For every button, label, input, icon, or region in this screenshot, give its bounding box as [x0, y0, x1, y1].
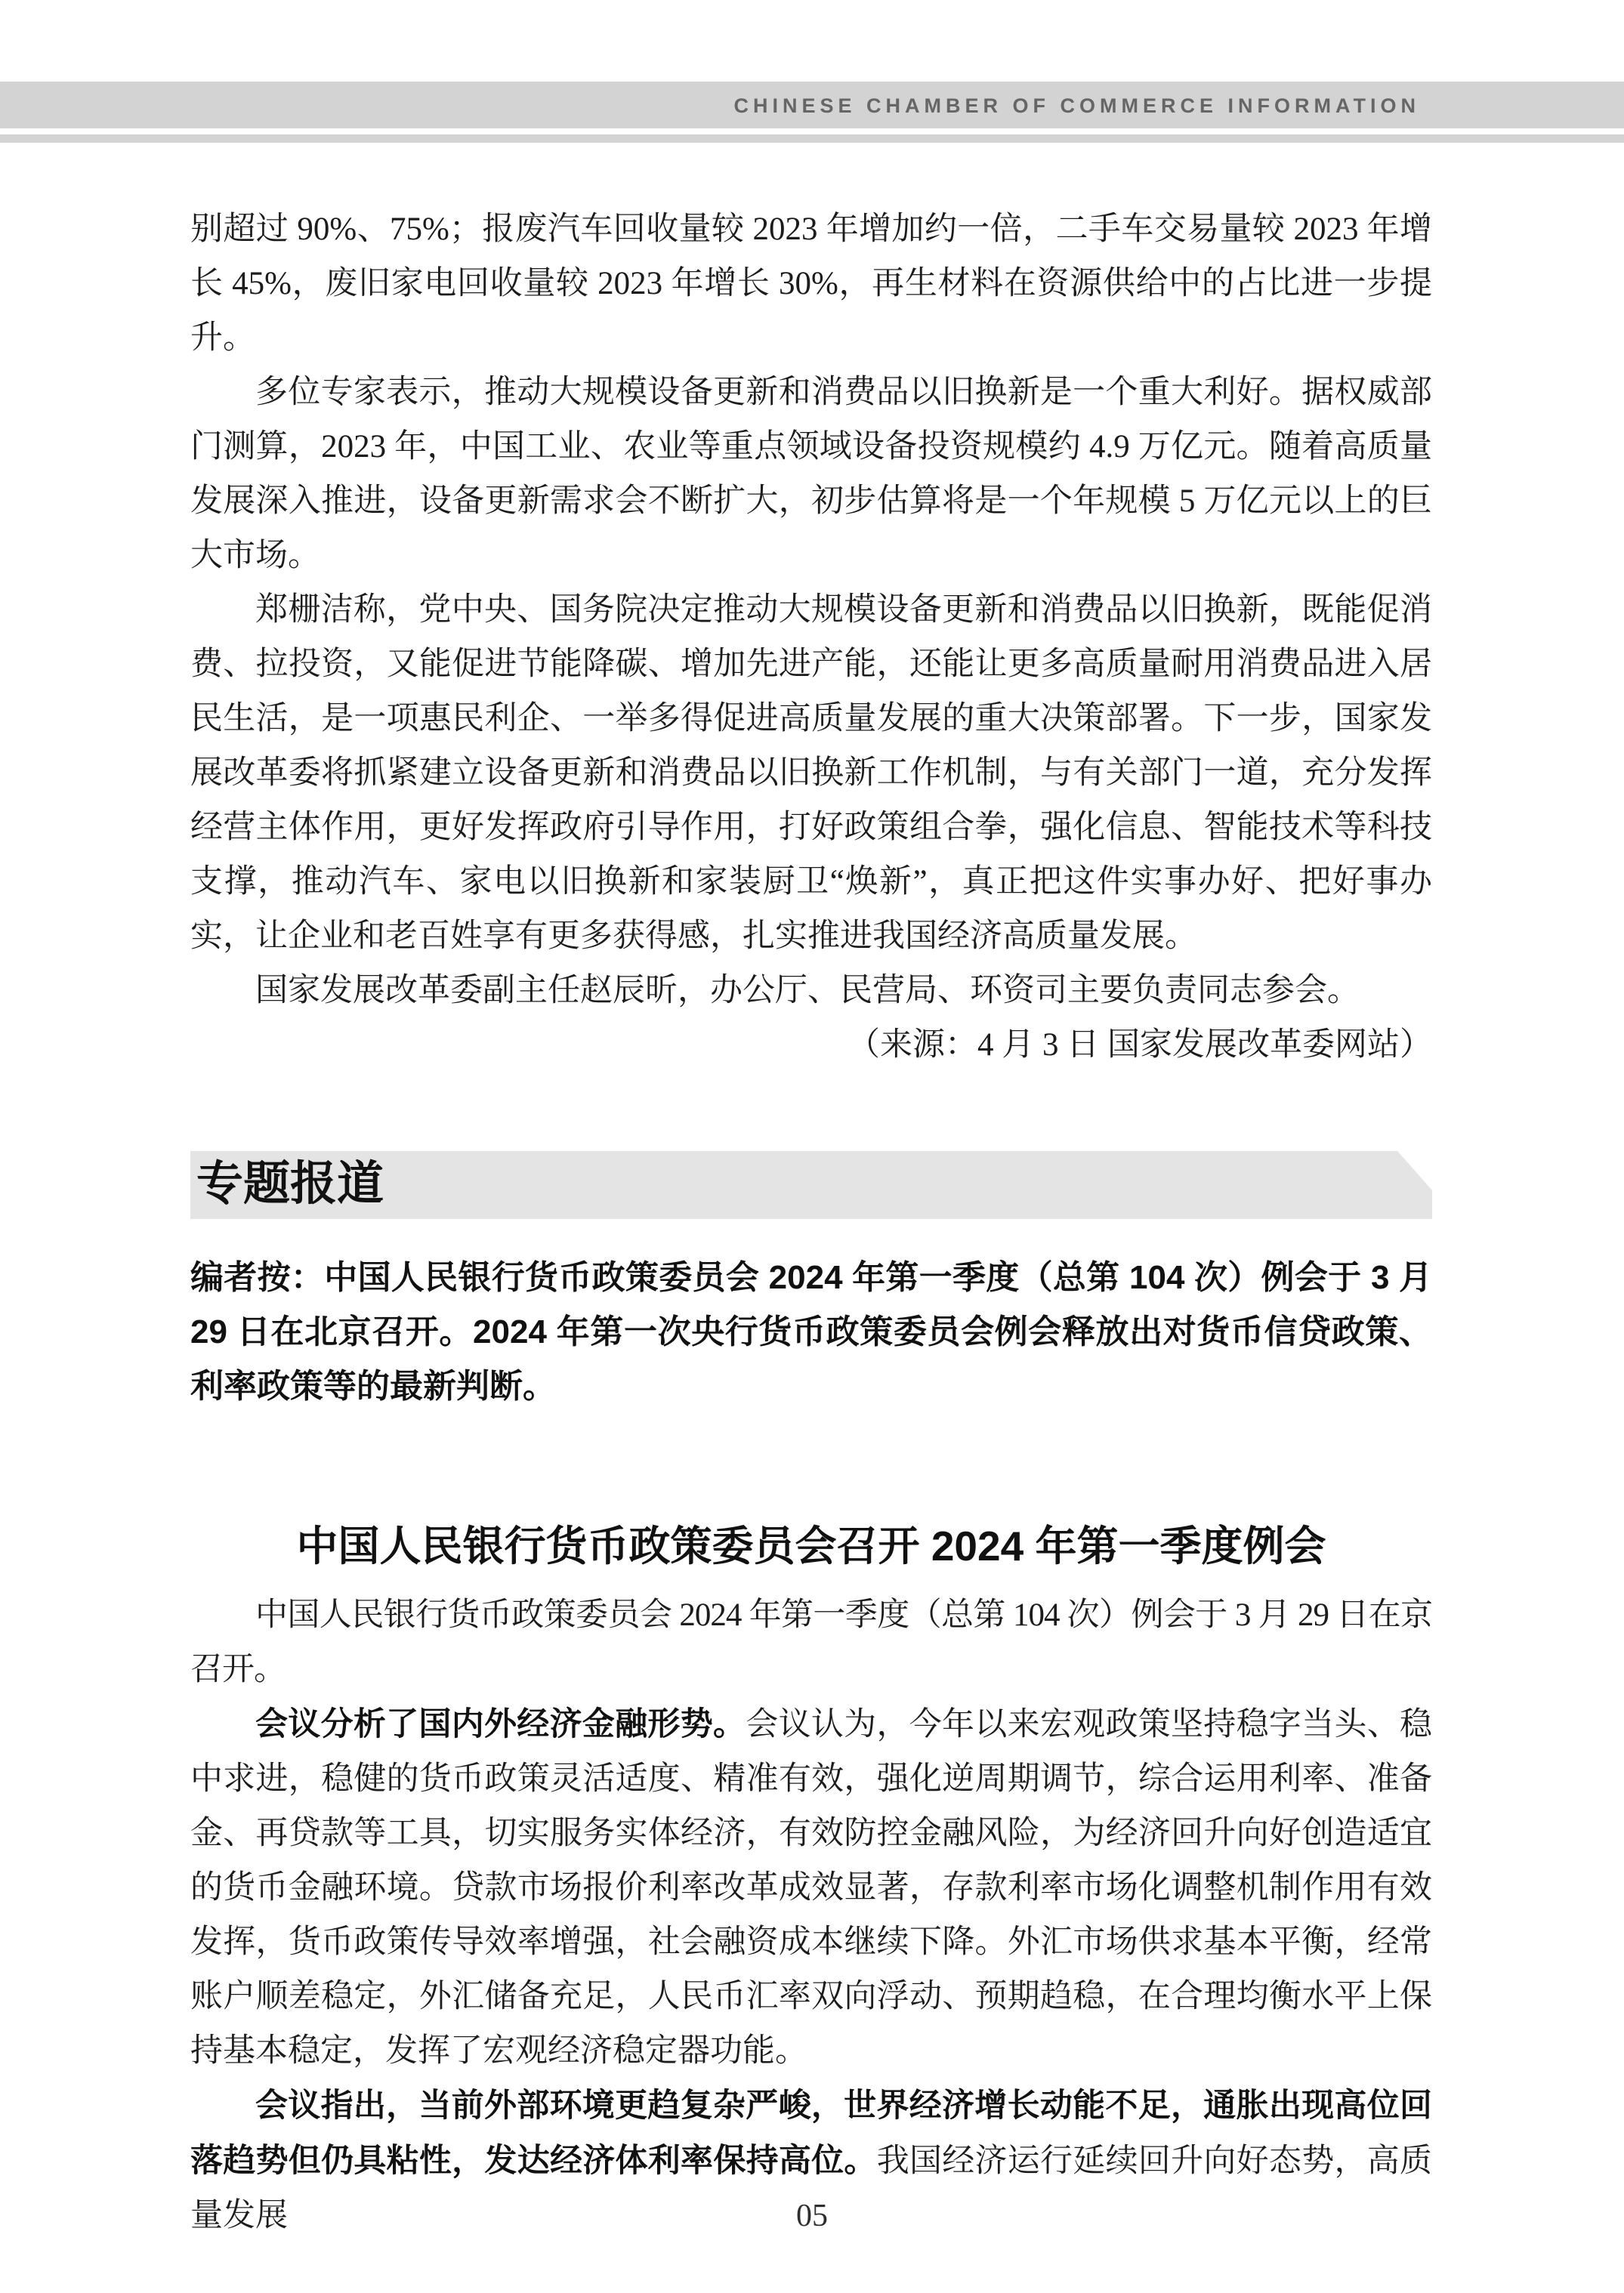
- news-paragraph-continuation: 别超过 90%、75%；报废汽车回收量较 2023 年增加约一倍，二手车交易量较…: [190, 202, 1432, 366]
- article-paragraph: 会议分析了国内外经济金融形势。会议认为，今年以来宏观政策坚持稳字当头、稳中求进，…: [190, 1697, 1432, 2079]
- article-paragraph: 中国人民银行货币政策委员会 2024 年第一季度（总第 104 次）例会于 3 …: [190, 1588, 1432, 1697]
- content-column: 别超过 90%、75%；报废汽车回收量较 2023 年增加约一倍，二手车交易量较…: [190, 0, 1432, 2243]
- article-paragraph-text: 会议认为，今年以来宏观政策坚持稳字当头、稳中求进，稳健的货币政策灵活适度、精准有…: [190, 1707, 1432, 2069]
- editor-note: 编者按：中国人民银行货币政策委员会 2024 年第一季度（总第 104 次）例会…: [190, 1251, 1432, 1414]
- news-source-line: （来源：4 月 3 日 国家发展改革委网站）: [190, 1018, 1432, 1072]
- page-number: 05: [0, 2198, 1624, 2234]
- article-title: 中国人民银行货币政策委员会召开 2024 年第一季度例会: [190, 1516, 1432, 1576]
- news-paragraph: 国家发展改革委副主任赵辰昕，办公厅、民营局、环资司主要负责同志参会。: [190, 964, 1432, 1018]
- section-ribbon: 专题报道: [190, 1151, 1432, 1219]
- news-paragraph: 多位专家表示，推动大规模设备更新和消费品以旧换新是一个重大利好。据权威部门测算，…: [190, 366, 1432, 583]
- section-title: 专题报道: [190, 1159, 384, 1210]
- news-paragraph: 郑栅洁称，党中央、国务院决定推动大规模设备更新和消费品以旧换新，既能促消费、拉投…: [190, 583, 1432, 964]
- document-page: CHINESE CHAMBER OF COMMERCE INFORMATION …: [0, 0, 1624, 2293]
- article-bold-lead: 会议分析了国内外经济金融形势。: [255, 1706, 746, 1742]
